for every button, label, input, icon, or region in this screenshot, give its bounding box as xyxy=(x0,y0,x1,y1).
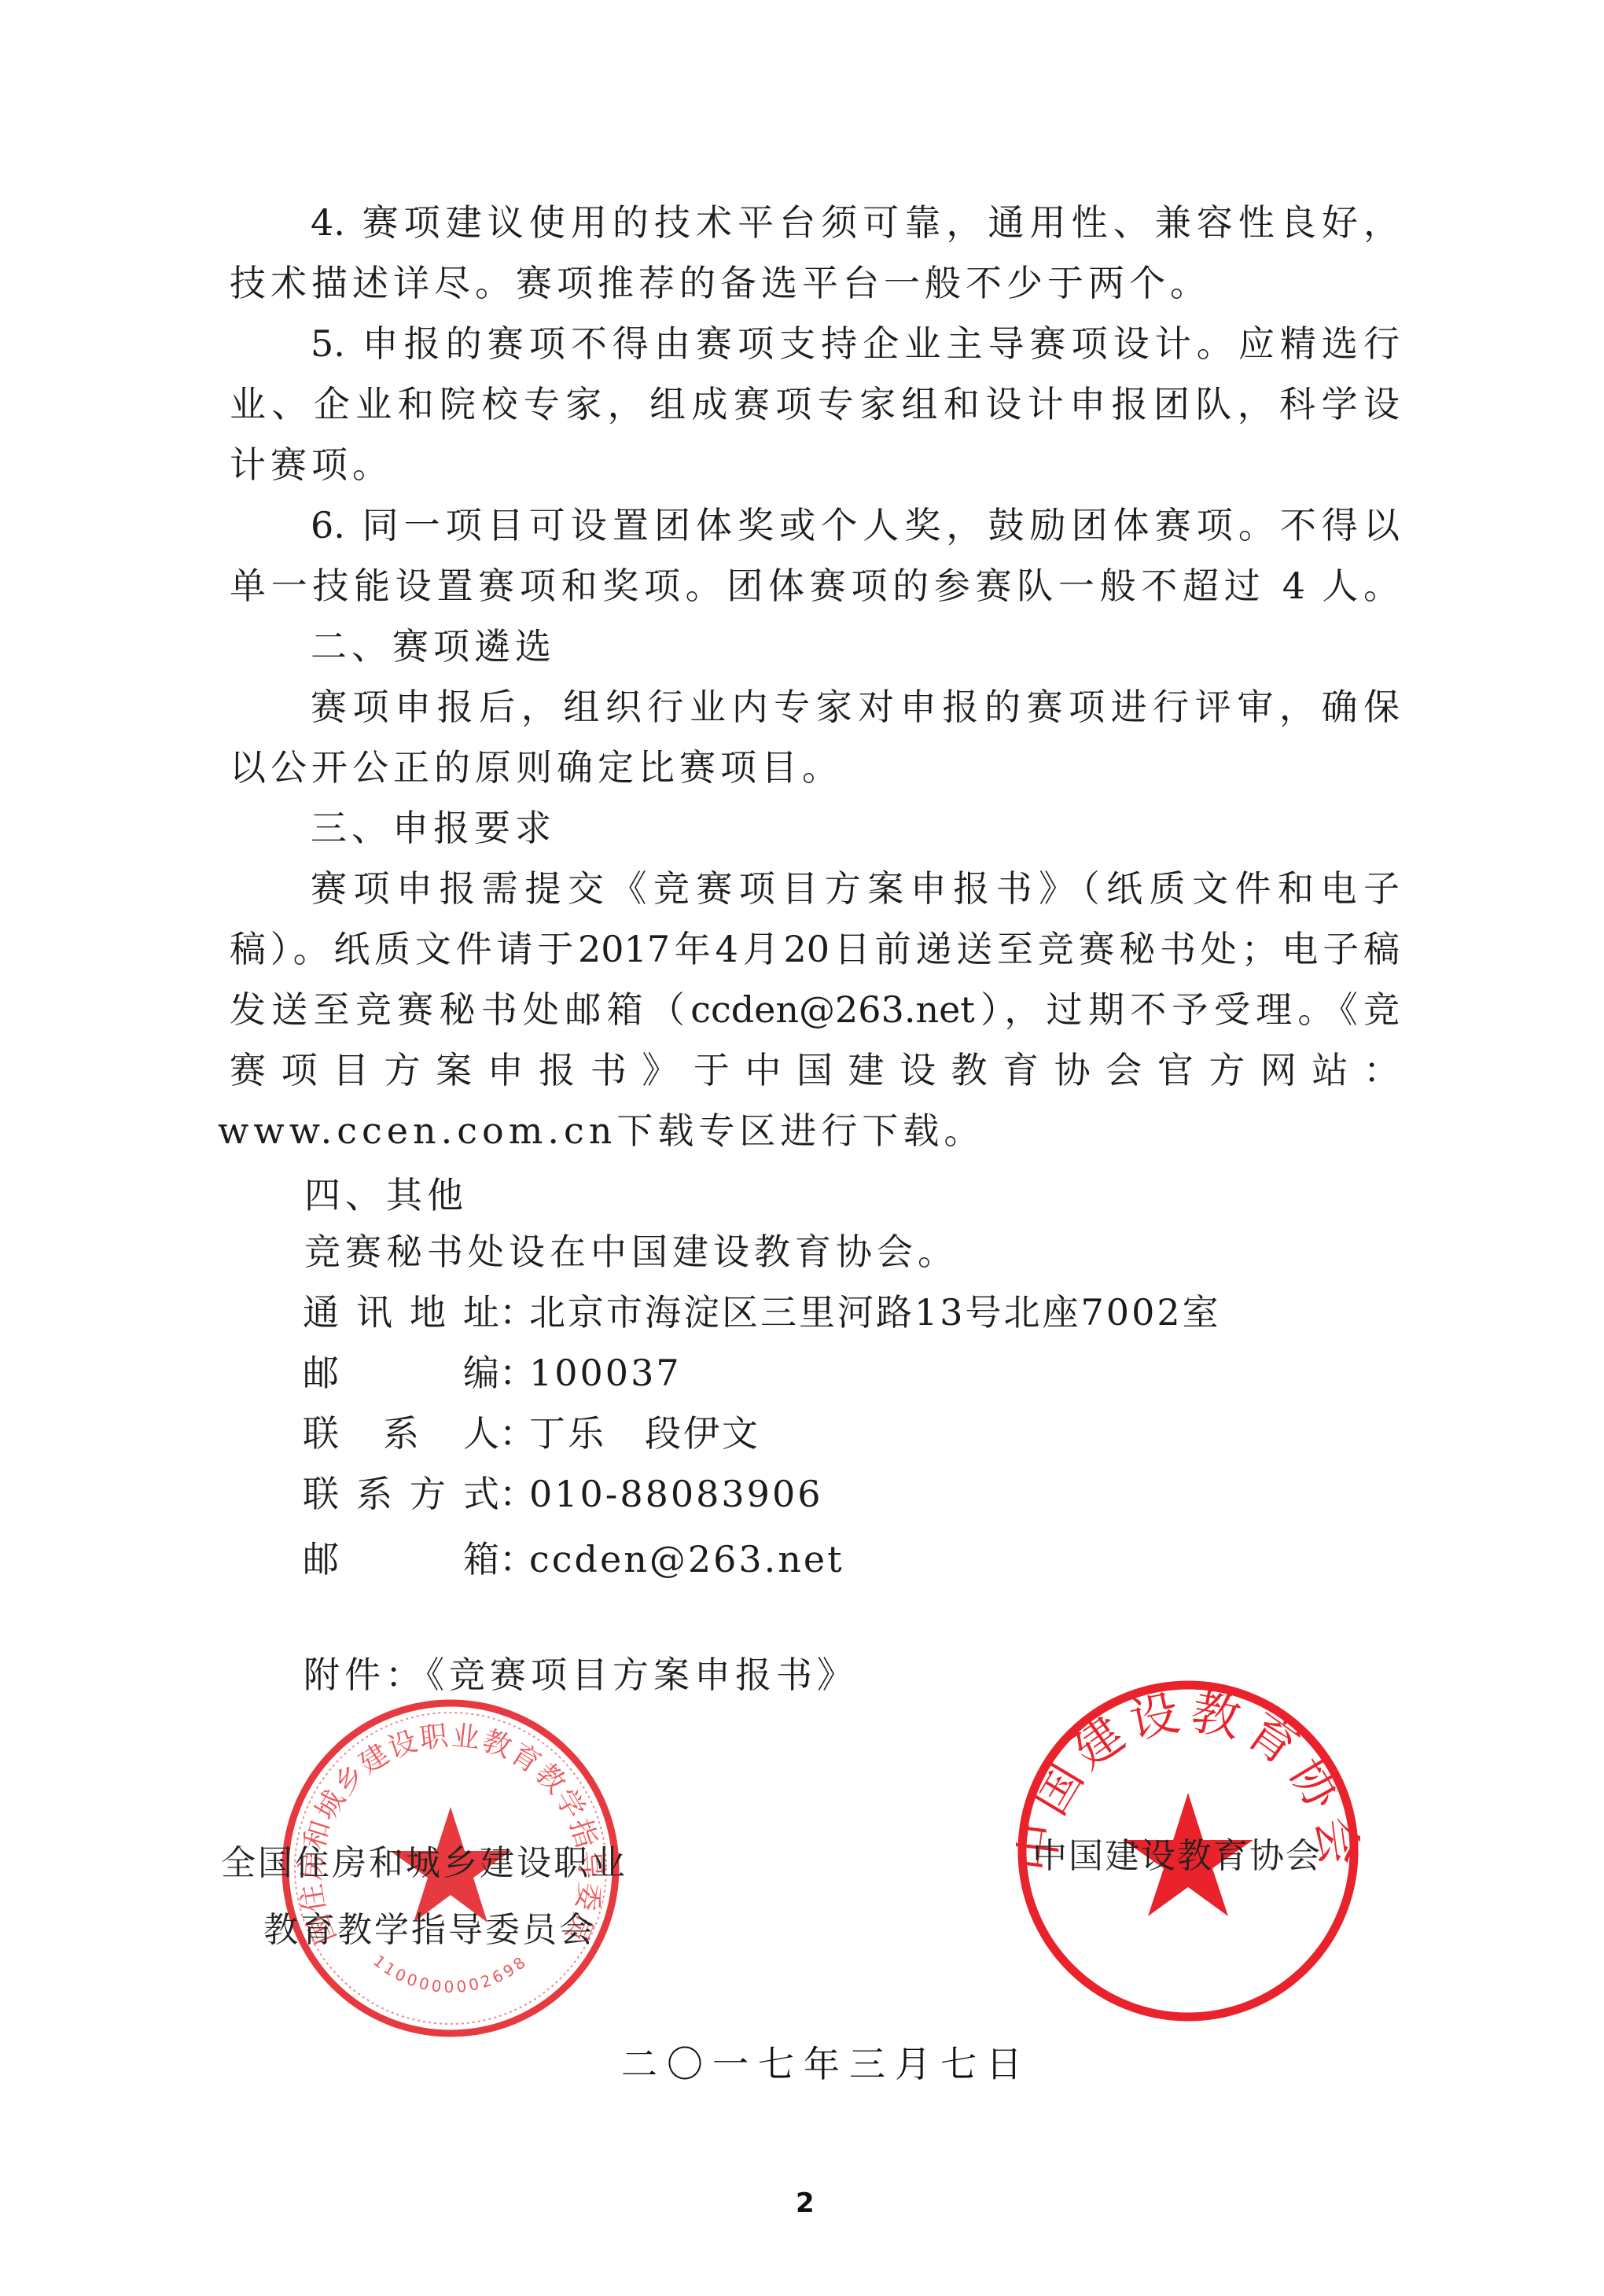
signature-right: 中国建设教育协会 xyxy=(1032,1833,1322,1880)
body-line: 稿）。纸质文件请于2017年4月20日前递送至竞赛秘书处；电子稿 xyxy=(230,922,1400,977)
document-date: 二〇一七年三月七日 xyxy=(621,2038,1032,2090)
contact-label: 联系人 xyxy=(303,1406,499,1461)
contact-value: 北京市海淀区三里河路13号北座7002室 xyxy=(529,1285,1221,1340)
contact-value: 100037 xyxy=(529,1345,682,1400)
body-line: 以公开公正的原则确定比赛项目。 xyxy=(230,740,843,795)
contact-value: ccden@263.net xyxy=(529,1532,844,1587)
body-line-item-4: 4. 赛项建议使用的技术平台须可靠，通用性、兼容性良好， xyxy=(311,195,1400,250)
colon: ： xyxy=(499,1345,515,1400)
contact-person: 联系人：丁乐 段伊文 xyxy=(303,1406,760,1461)
attachment-line: 附件：《竞赛项目方案申报书》 xyxy=(304,1647,858,1702)
body-line: 技术描述详尽。赛项推荐的备选平台一般不少于两个。 xyxy=(230,256,1211,311)
contact-label: 联系方式 xyxy=(303,1466,499,1521)
colon: ： xyxy=(499,1406,515,1461)
body-line: 单一技能设置赛项和奖项。团体赛项的参赛队一般不超过 4 人。 xyxy=(230,558,1400,613)
section-heading-3: 三、申报要求 xyxy=(311,800,556,855)
contact-phone: 联系方式：010-88083906 xyxy=(303,1466,822,1521)
body-line: 计赛项。 xyxy=(230,437,393,492)
body-line: 赛项申报需提交《竞赛项目方案申报书》（纸质文件和电子 xyxy=(311,861,1400,916)
body-line: 竞赛秘书处设在中国建设教育协会。 xyxy=(304,1224,958,1279)
contact-label: 邮箱 xyxy=(303,1532,499,1587)
body-line: 赛项目方案申报书》于中国建设教育协会官方网站： xyxy=(230,1043,1400,1098)
colon: ： xyxy=(499,1466,515,1521)
section-heading-4: 四、其他 xyxy=(304,1168,468,1223)
signature-left-line2: 教育教学指导委员会 xyxy=(263,1907,596,1954)
colon: ： xyxy=(499,1532,515,1587)
contact-label: 邮编 xyxy=(303,1345,499,1400)
contact-label: 通讯地址 xyxy=(303,1285,499,1340)
contact-value: 丁乐 段伊文 xyxy=(529,1406,760,1461)
website-line: www.ccen.com.cn下载专区进行下载。 xyxy=(218,1103,984,1158)
body-line: 发送至竞赛秘书处邮箱（ccden@263.net），过期不予受理。《竞 xyxy=(230,982,1400,1037)
svg-text:1100000002698: 1100000002698 xyxy=(370,1951,532,1996)
contact-email: 邮箱：ccden@263.net xyxy=(303,1532,844,1587)
contact-postcode: 邮编：100037 xyxy=(303,1345,682,1400)
body-line: 赛项申报后，组织行业内专家对申报的赛项进行评审，确保 xyxy=(311,679,1400,734)
section-heading-2: 二、赛项遴选 xyxy=(311,619,556,674)
body-line-item-6: 6. 同一项目可设置团体奖或个人奖，鼓励团体赛项。不得以 xyxy=(311,498,1400,553)
page-number: 2 xyxy=(796,2186,815,2221)
contact-address: 通讯地址：北京市海淀区三里河路13号北座7002室 xyxy=(303,1285,1221,1340)
signature-left-line1: 全国住房和城乡建设职业 xyxy=(221,1840,627,1887)
body-line-item-5: 5. 申报的赛项不得由赛项支持企业主导赛项设计。应精选行 xyxy=(311,316,1400,371)
document-page: 4. 赛项建议使用的技术平台须可靠，通用性、兼容性良好， 技术描述详尽。赛项推荐… xyxy=(0,0,1604,2296)
contact-value: 010-88083906 xyxy=(529,1466,822,1521)
body-line: 业、企业和院校专家，组成赛项专家组和设计申报团队，科学设 xyxy=(230,377,1400,432)
colon: ： xyxy=(499,1285,515,1340)
